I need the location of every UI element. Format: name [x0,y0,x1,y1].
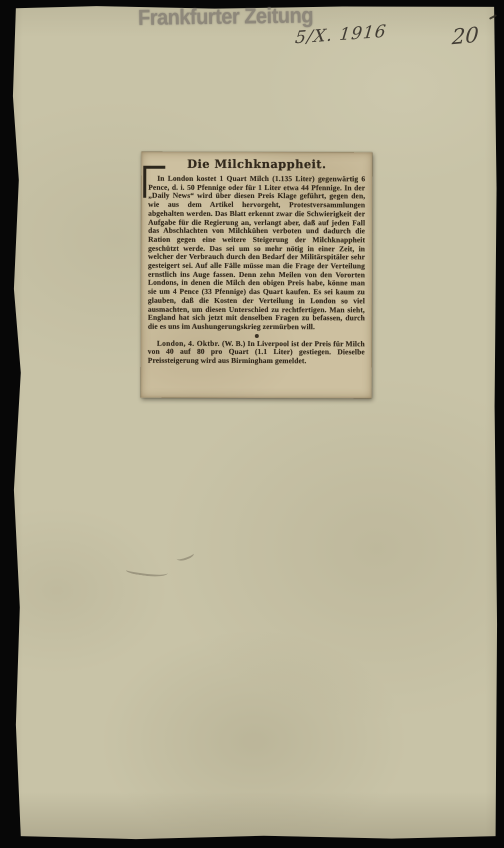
clipping-paragraph: In London kostet 1 Quart Milch (1.135 Li… [148,175,365,332]
clipping-title: Die Milchknappheit. [148,158,365,172]
ink-dot [254,334,258,338]
corner-bracket-mark [143,166,165,198]
clipping-wire-report: London, 4. Oktbr. (W. B.) In Liverpool i… [148,339,365,366]
clipping-agency: (W. B.) [222,339,245,348]
paper-shading [8,4,500,842]
news-clipping: Die Milchknappheit. In London kostet 1 Q… [141,152,373,399]
scan-background: Frankfurter Zeitung 5/X. 1916 20 Die Mil… [0,0,504,848]
page-number: 20 [451,23,479,50]
document-page [8,4,500,842]
